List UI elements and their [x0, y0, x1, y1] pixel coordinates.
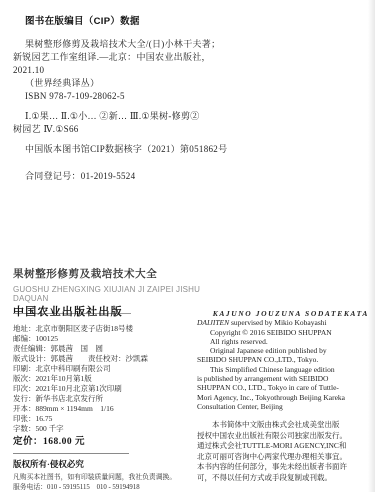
supervisor-credit: supervised by Mikio Kobayashi	[229, 318, 327, 327]
imprint-impression: 印次：2021年10月北京第1次印刷	[13, 384, 195, 394]
imprint-editors: 责任编辑：郭晨茜 国 圆	[13, 344, 195, 354]
original-edition-line: SEIBIDO SHUPPAN CO.,LTD., Tokyo.	[197, 355, 369, 364]
contract-registration-number: 合同登记号：01-2019-5524	[13, 170, 361, 183]
price: 定价：168.00 元	[13, 437, 195, 447]
chinese-rights-block: 本书简体中文版由株式会社成美堂出版 授权中国农业出版社有限公司独家出版发行。 通…	[197, 420, 372, 483]
service-phones: 服务电话：010 - 59195115 010 - 59194918	[13, 483, 195, 492]
imprint-printer: 印刷：北京中科印刷有限公司	[13, 364, 195, 374]
chinese-rights-line: 可，不得以任何方式或手段复制或刊载。	[197, 473, 372, 484]
chinese-rights-line: 通过株式会社TUTTLE-MORI AGENCY,INC和	[197, 441, 372, 452]
cip-classification-line: 树园艺 Ⅳ.①S66	[13, 123, 361, 136]
cip-series-line: （世界经典译丛）	[13, 77, 361, 90]
chinese-rights-line: 北京可丽可咨询中心两家代理办理相关事宜。	[197, 452, 372, 463]
rights-reserved-headline: 版权所有·侵权必究	[13, 459, 195, 469]
imprint-word-count: 字数：500 千字	[13, 424, 195, 434]
chinese-edition-line: SHUPPAN CO., LTD., Tokyo in care of Tutt…	[197, 383, 369, 392]
cip-header: 图书在版编目（CIP）数据	[13, 15, 361, 28]
original-edition-line: Original Japanese edition published by	[197, 346, 369, 355]
rights-line: All rights reserved.	[197, 337, 369, 346]
imprint-sheets: 印张：16.75	[13, 414, 195, 424]
imprint-distributor: 发行：新华书店北京发行所	[13, 394, 195, 404]
copyright-page: 图书在版编目（CIP）数据 果树整形修剪及栽培技术大全/(日)小林干夫著； 新锐…	[0, 0, 375, 492]
japanese-edition-block: KAJUNO JOUZUNA SODATEKATA DAIJITEN super…	[197, 309, 369, 411]
chinese-edition-line: is published by arrangement with SEIBIDO	[197, 374, 369, 383]
imprint-block: 中国农业出版社出版 地址：北京市朝阳区麦子店街18号楼 邮编：100125 责任…	[13, 305, 195, 492]
japanese-title-supervisor-line: DAIJITEN supervised by Mikio Kobayashi	[197, 318, 369, 327]
copyright-line: Copyright © 2016 SEIBIDO SHUPPAN	[197, 328, 369, 337]
cip-isbn-line: ISBN 978-7-109-28062-5	[13, 90, 361, 103]
cip-description-line: 2021.10	[13, 64, 361, 77]
chinese-edition-line: Consultation Center, Beijing	[197, 402, 369, 411]
imprint-design-proof: 版式设计：郭晨茜 责任校对：沙凯霖	[13, 354, 195, 364]
imprint-postcode: 邮编：100125	[13, 334, 195, 344]
chinese-edition-line: This Simplified Chinese language edition	[197, 365, 369, 374]
chinese-rights-line: 本书内容的任何部分，事先未经出版者书面许	[197, 462, 372, 473]
imprint-format: 开本：889mm × 1194mm 1/16	[13, 404, 195, 414]
japanese-title-italic: DAIJITEN	[197, 318, 229, 327]
imprint-address: 地址：北京市朝阳区麦子店街18号楼	[13, 324, 195, 334]
chinese-rights-line: 本书简体中文版由株式会社成美堂出版	[197, 420, 372, 431]
book-title-pinyin: GUOSHU ZHENGXING XIUJIAN JI ZAIPEI JISHU…	[13, 285, 213, 303]
chinese-edition-line: Mori Agency, Inc., Tokyothrough Beijing …	[197, 393, 369, 402]
divider-line	[13, 453, 129, 454]
publisher-name: 中国农业出版社出版	[13, 305, 195, 319]
cip-classification-line: Ⅰ.①果… Ⅱ.①小… ②新… Ⅲ.①果树-修剪②	[13, 110, 361, 123]
book-title: 果树整形修剪及栽培技术大全	[13, 266, 213, 281]
cip-description-line: 新锐园艺工作室组译.—北京：中国农业出版社，	[13, 51, 361, 64]
japanese-title-line: KAJUNO JOUZUNA SODATEKATA	[197, 309, 369, 318]
cip-block: 图书在版编目（CIP）数据 果树整形修剪及栽培技术大全/(日)小林干夫著； 新锐…	[13, 15, 361, 183]
imprint-edition: 版次：2021年10月第1版	[13, 374, 195, 384]
cip-record-number: 中国版本图书馆CIP数据核字（2021）第051862号	[13, 143, 361, 156]
exchange-notice: 凡购买本社图书，如有印装质量问题，我社负责调换。	[13, 473, 195, 483]
chinese-rights-line: 授权中国农业出版社有限公司独家出版发行。	[197, 431, 372, 442]
cip-description-line: 果树整形修剪及栽培技术大全/(日)小林干夫著；	[13, 38, 361, 51]
